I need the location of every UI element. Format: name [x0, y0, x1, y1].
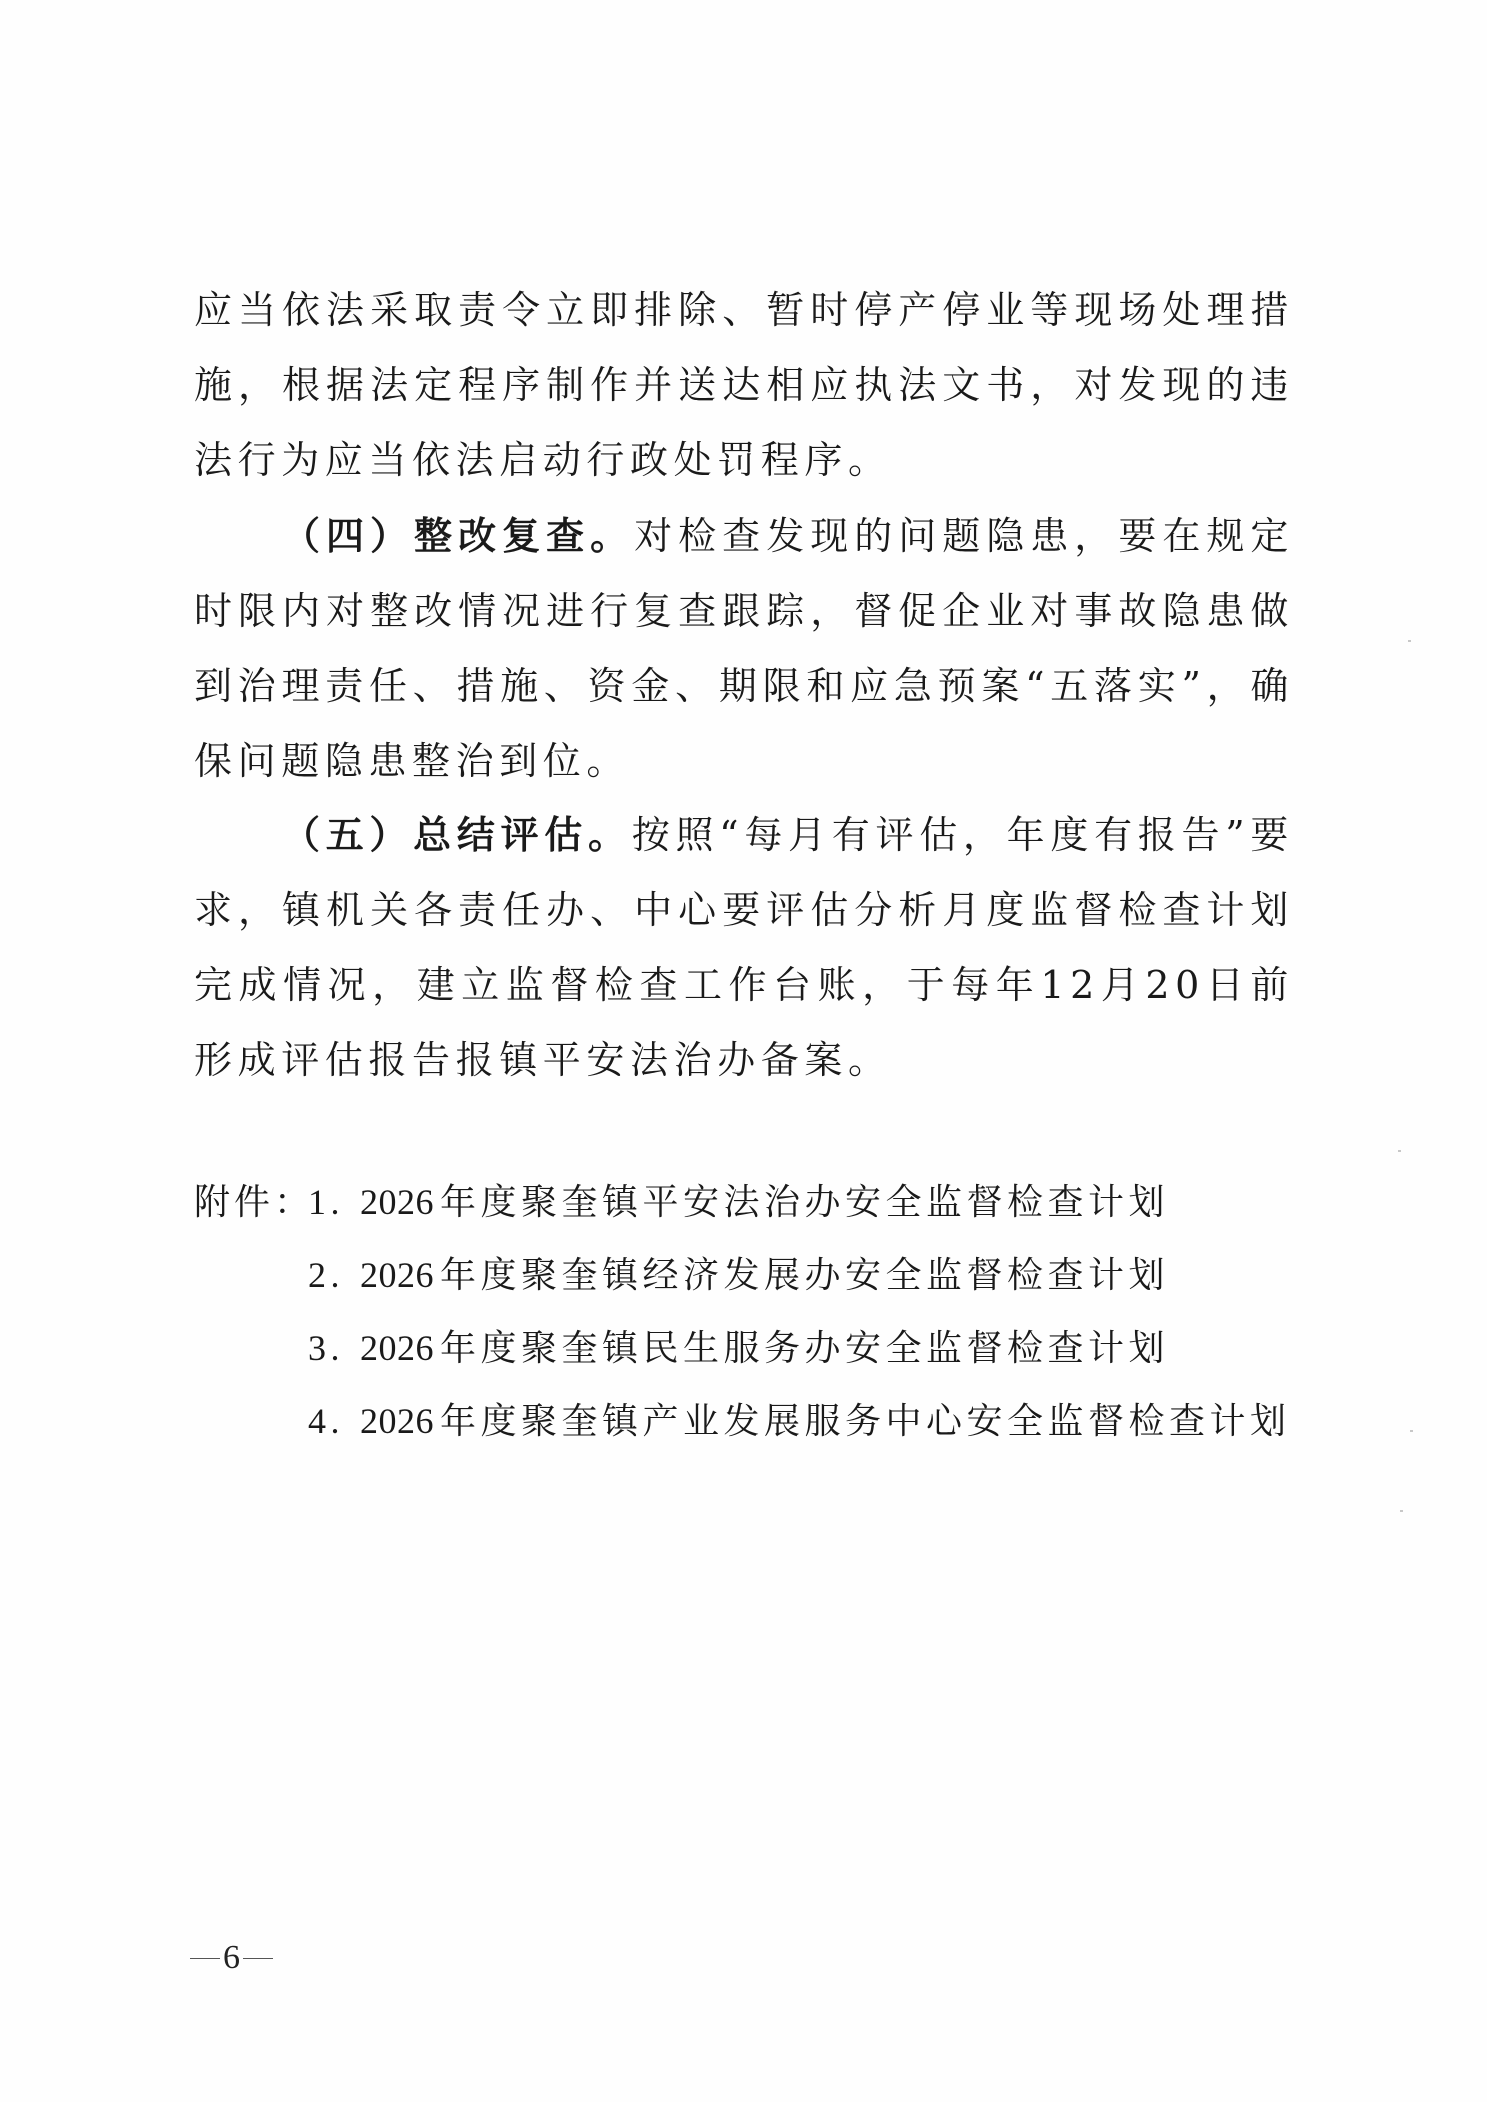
page-number-dash-left	[190, 1958, 220, 1959]
attachment-year: 2026	[360, 1401, 434, 1441]
attachment-item: 附件： 1. 2026年度聚奎镇平安法治办安全监督检查计划	[194, 1166, 1344, 1239]
attachment-year: 2026	[360, 1328, 434, 1368]
attachment-number: 1.	[308, 1166, 360, 1239]
attachment-year: 2026	[360, 1182, 434, 1222]
paragraph-text: 应当依法采取责令立即排除、暂时停产停业等现场处理措施，根据法定程序制作并送达相应…	[194, 273, 1294, 498]
attachment-year: 2026	[360, 1255, 434, 1295]
section-heading: （四）整改复查。	[282, 513, 634, 558]
page-number-dash-right	[243, 1958, 273, 1959]
attachment-item: 2. 2026年度聚奎镇经济发展办安全监督检查计划	[194, 1239, 1344, 1312]
attachment-item: 3. 2026年度聚奎镇民生服务办安全监督检查计划	[194, 1312, 1344, 1385]
attachment-title: 年度聚奎镇民生服务办安全监督检查计划	[440, 1328, 1169, 1369]
attachment-title: 年度聚奎镇经济发展办安全监督检查计划	[440, 1255, 1169, 1296]
scan-artifact	[1410, 1430, 1413, 1432]
section-heading: （五）总结评估。	[282, 812, 632, 857]
page-number-value: 6	[223, 1939, 240, 1977]
scan-artifact	[1400, 1510, 1403, 1512]
attachments-list: 附件： 1. 2026年度聚奎镇平安法治办安全监督检查计划 2. 2026年度聚…	[194, 1166, 1344, 1458]
attachments-label: 附件：	[194, 1166, 308, 1239]
paragraph-summary-evaluation: （五）总结评估。按照“每月有评估，年度有报告”要求，镇机关各责任办、中心要评估分…	[194, 797, 1294, 1098]
attachment-number: 4.	[308, 1385, 360, 1458]
document-page: 应当依法采取责令立即排除、暂时停产停业等现场处理措施，根据法定程序制作并送达相应…	[0, 0, 1487, 2102]
page-number: 6	[190, 1938, 273, 1978]
attachment-number: 2.	[308, 1239, 360, 1312]
scan-artifact	[1398, 1150, 1401, 1152]
paragraph-rectification-review: （四）整改复查。对检查发现的问题隐患，要在规定时限内对整改情况进行复查跟踪，督促…	[194, 498, 1294, 799]
attachment-title: 年度聚奎镇产业发展服务中心安全监督检查计划	[440, 1401, 1291, 1442]
attachment-number: 3.	[308, 1312, 360, 1385]
paragraph-continuation: 应当依法采取责令立即排除、暂时停产停业等现场处理措施，根据法定程序制作并送达相应…	[194, 273, 1294, 498]
attachment-title: 年度聚奎镇平安法治办安全监督检查计划	[440, 1182, 1169, 1223]
scan-artifact	[1408, 640, 1411, 642]
attachment-item: 4. 2026年度聚奎镇产业发展服务中心安全监督检查计划	[194, 1385, 1344, 1458]
